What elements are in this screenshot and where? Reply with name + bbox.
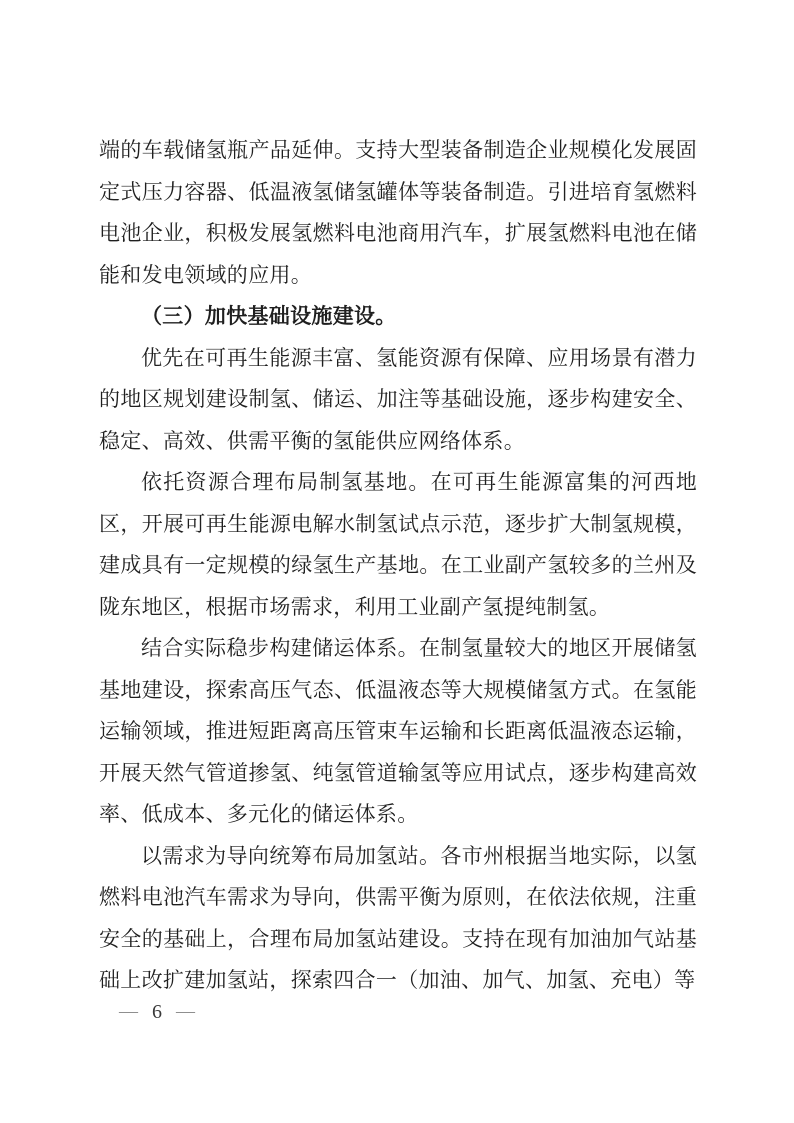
- paragraph: 依托资源合理布局制氢基地。在可再生能源富集的河西地区，开展可再生能源电解水制氢试…: [99, 462, 697, 628]
- document-page: 端的车载储氢瓶产品延伸。支持大型装备制造企业规模化发展固定式压力容器、低温液氢储…: [0, 0, 794, 1123]
- paragraph: 以需求为导向统筹布局加氢站。各市州根据当地实际，以氢燃料电池汽车需求为导向，供需…: [99, 836, 697, 1002]
- footer-dash-right: —: [176, 1001, 195, 1023]
- paragraph: 优先在可再生能源丰富、氢能资源有保障、应用场景有潜力的地区规划建设制氢、储运、加…: [99, 338, 697, 463]
- footer-dash-left: —: [119, 1001, 138, 1023]
- page-footer: — 6 —: [119, 999, 195, 1025]
- document-body: 端的车载储氢瓶产品延伸。支持大型装备制造企业规模化发展固定式压力容器、低温液氢储…: [99, 130, 697, 1002]
- page-number: 6: [152, 1001, 162, 1024]
- paragraph: 结合实际稳步构建储运体系。在制氢量较大的地区开展储氢基地建设，探索高压气态、低温…: [99, 628, 697, 836]
- paragraph: 端的车载储氢瓶产品延伸。支持大型装备制造企业规模化发展固定式压力容器、低温液氢储…: [99, 130, 697, 296]
- section-heading: （三）加快基础设施建设。: [99, 296, 697, 338]
